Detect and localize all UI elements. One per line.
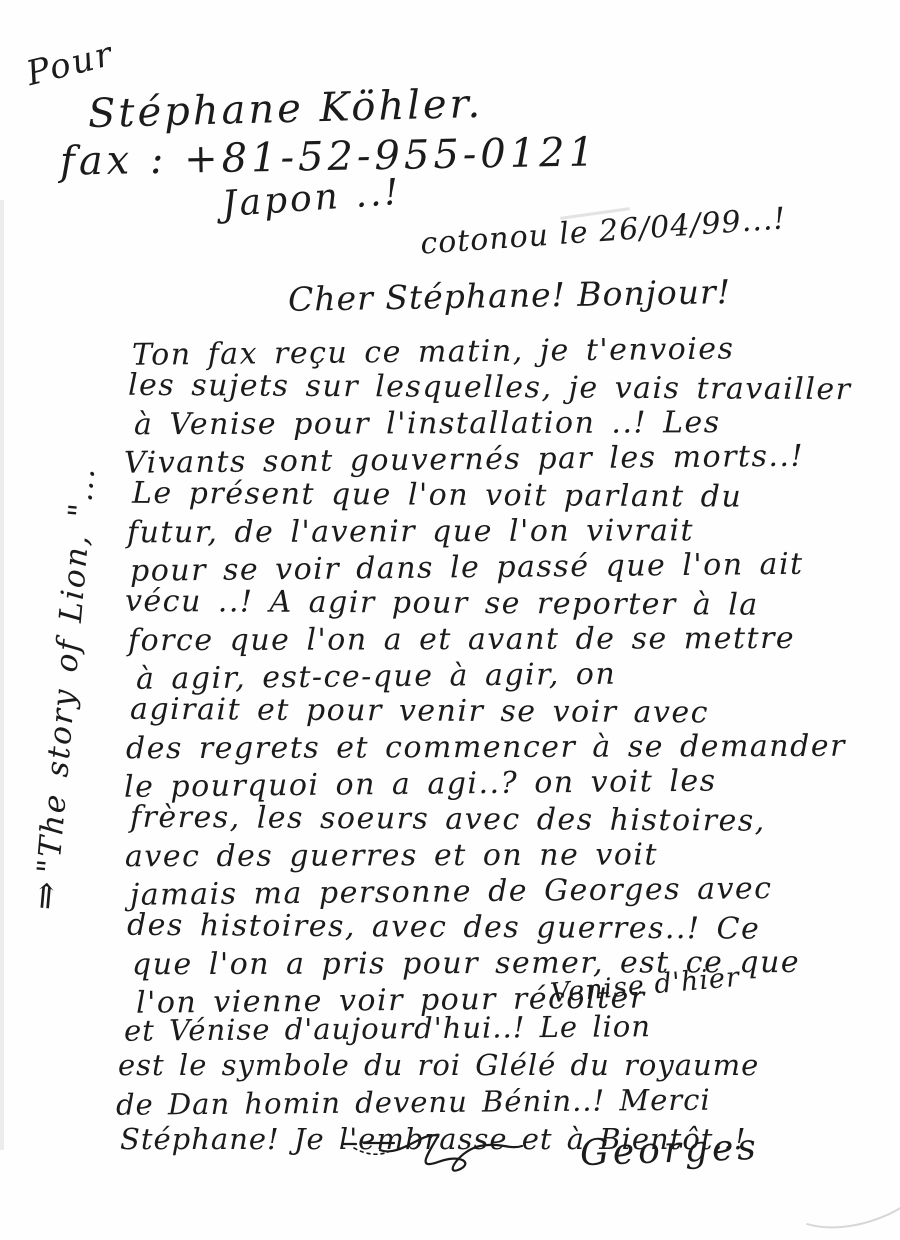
body-line: avec des guerres et on ne voit: [125, 837, 852, 876]
margin-note: ⇒"The story of Lion, "...: [25, 464, 104, 911]
body-line: jamais ma personne de Georges avec: [130, 870, 852, 914]
body-line: futur, de l'avenir que l'on vivrait: [127, 513, 852, 552]
signature-flourish-icon: [340, 1124, 570, 1176]
recipient-pour-label: Pour: [22, 34, 117, 94]
body-line: les sujets sur lesquelles, je vais trava…: [128, 368, 852, 408]
closing-line: et Vénise d'aujourd'hui..! Le lion: [124, 1007, 760, 1050]
recipient-name: Stéphane Köhler.: [87, 81, 483, 137]
body-line: pour se voir dans le passé que l'on ait: [130, 546, 852, 590]
scan-edge-artifact: [0, 200, 4, 1150]
salutation: Cher Stéphane! Bonjour!: [288, 272, 732, 319]
body-line: à agir, est-ce-que à agir, on: [136, 654, 852, 697]
body-line: Ton fax reçu ce matin, je t'envoies: [132, 330, 852, 374]
signature-name: Georges: [579, 1126, 760, 1173]
letter-page: Pour Stéphane Köhler. fax : +81-52-955-0…: [0, 0, 900, 1240]
body-line: le pourquoi on a agi..? on voit les: [124, 762, 852, 806]
body-line: à Venise pour l'installation ..! Les: [134, 405, 852, 444]
letter-body: Ton fax reçu ce matin, je t'envoies les …: [122, 334, 852, 1018]
body-line: force que l'on a et avant de se mettre: [128, 621, 852, 660]
body-line: agirait et pour venir se voir avec: [130, 692, 852, 732]
signature-block: Georges: [340, 1124, 760, 1176]
closing-line: de Dan homin devenu Bénin..! Merci: [116, 1081, 760, 1124]
arrow-icon: ⇒: [25, 878, 68, 912]
body-line: des regrets et commencer à se demander: [126, 729, 852, 768]
body-line: frères, les soeurs avec des histoires,: [130, 800, 852, 840]
body-line: Vivants sont gouvernés par les morts..!: [124, 438, 852, 482]
body-line: vécu ..! A agir pour se reporter à la: [125, 584, 852, 624]
closing-line: est le symbole du roi Glélé du royaume: [118, 1047, 759, 1084]
margin-note-text: "The story of Lion, "...: [31, 465, 103, 876]
body-line: Le présent que l'on voit parlant du: [132, 476, 852, 516]
body-line: des histoires, avec des guerres..! Ce: [127, 908, 852, 948]
body-line: que l'on a pris pour semer, est ce que: [132, 945, 852, 984]
scan-corner-artifact: [765, 1107, 900, 1240]
